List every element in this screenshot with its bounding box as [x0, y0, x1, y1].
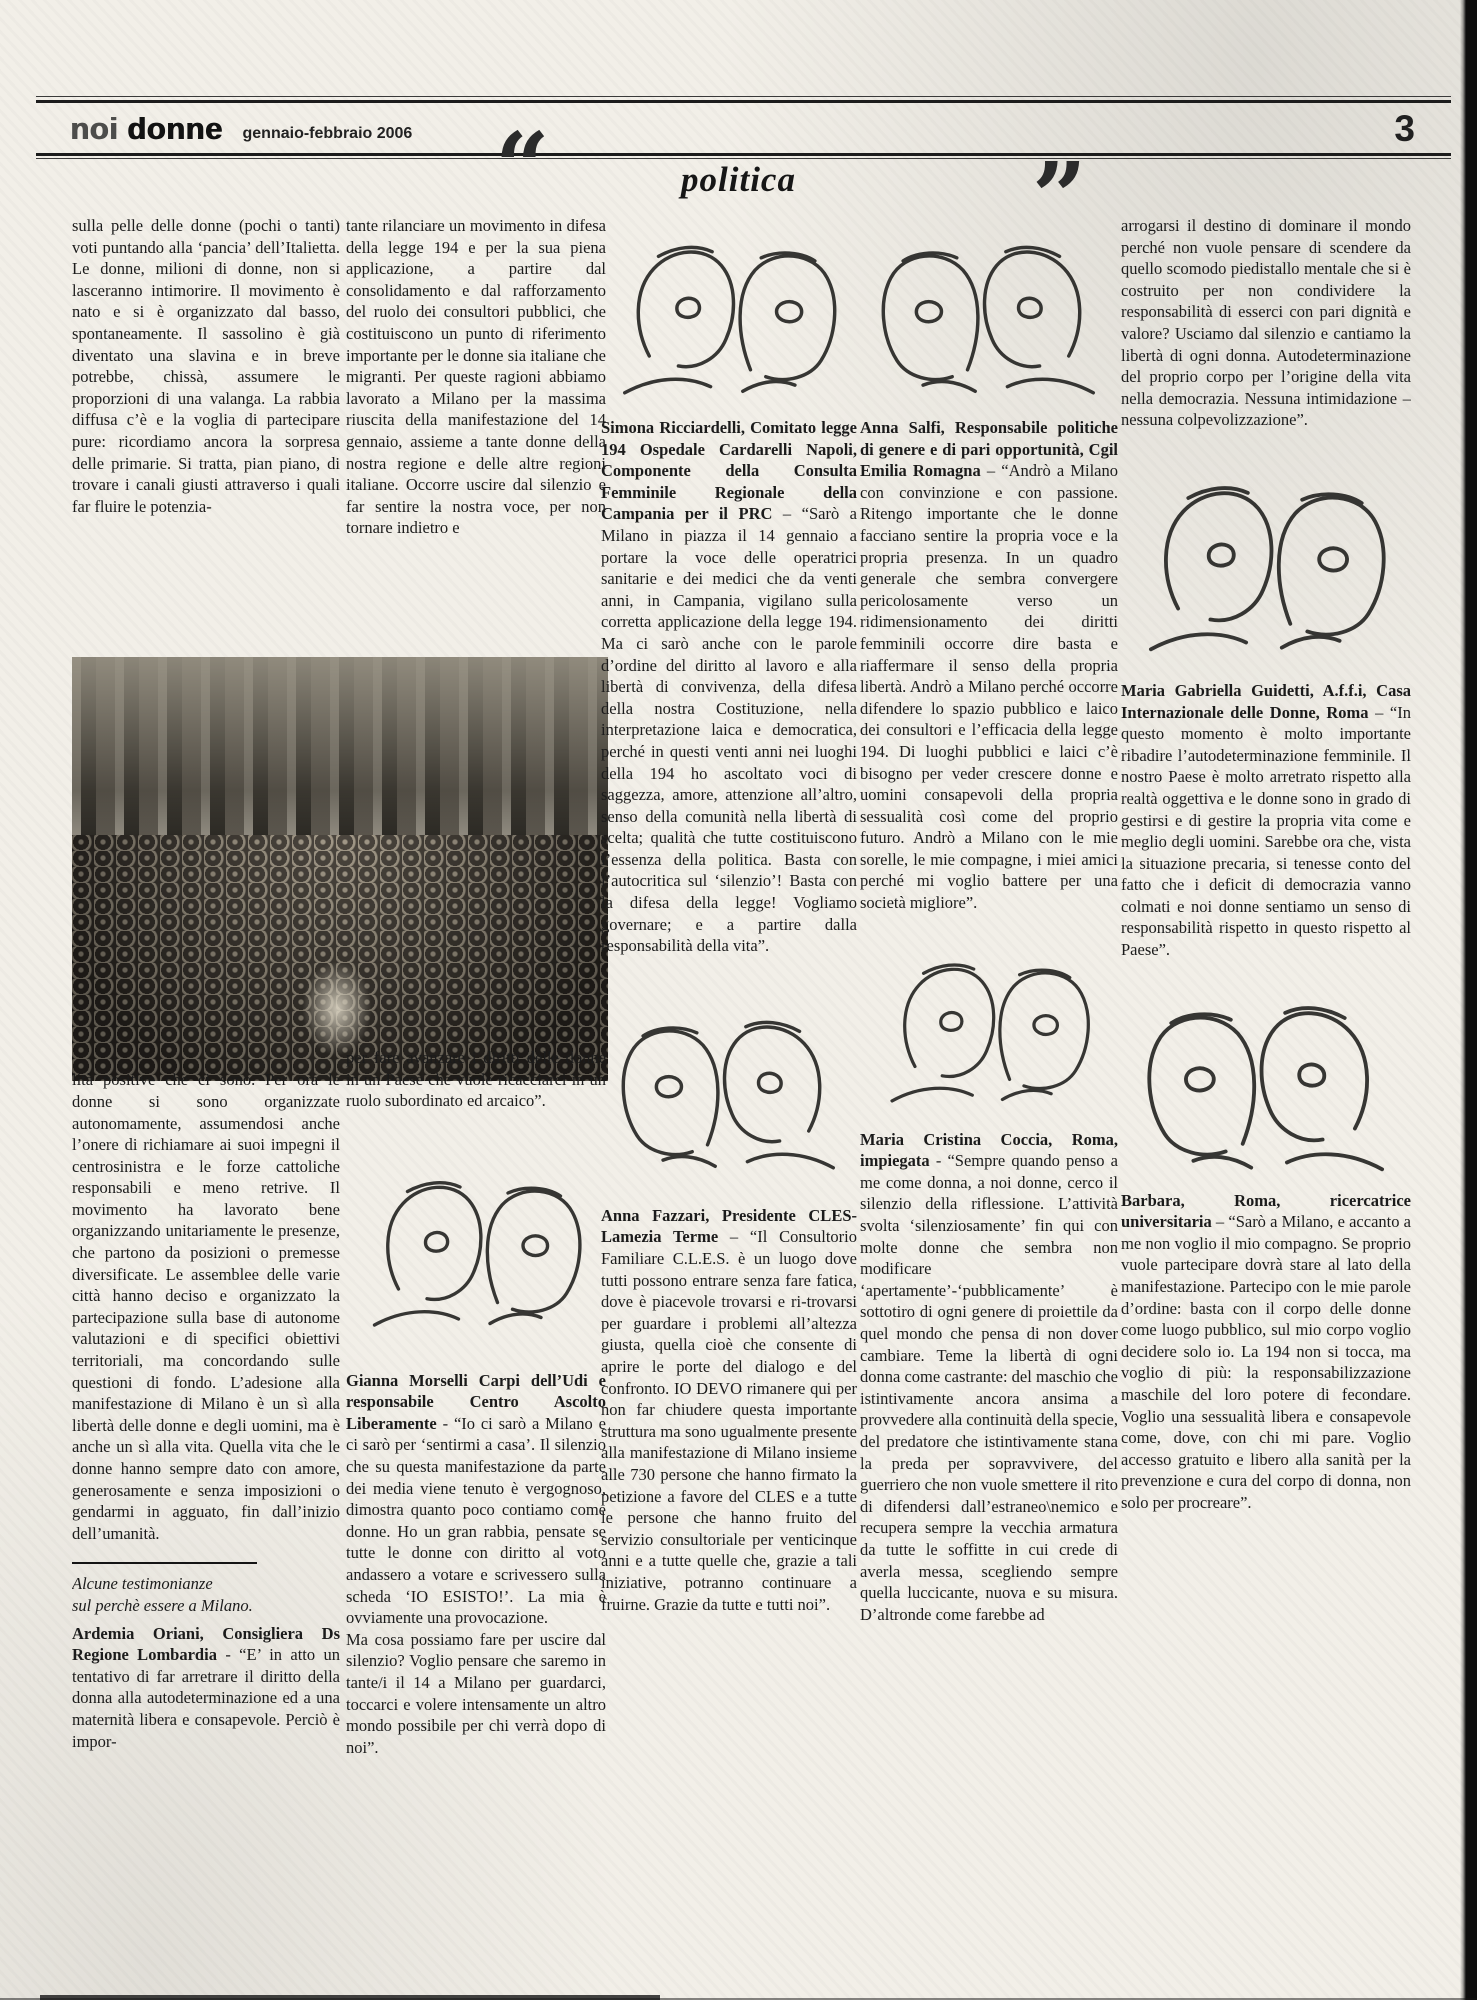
- testimonial-simona: Simona Ricciardelli, Comitato legge 194 …: [601, 417, 857, 957]
- testimonial-barbara: Barbara, Roma, ricercatrice universitari…: [1121, 1190, 1411, 1514]
- note-line: sul perchè essere a Milano.: [72, 1595, 340, 1617]
- photo-spacer: [72, 517, 340, 1069]
- testimonial-text: – “Andrò a Milano con convinzione e con …: [860, 461, 1118, 912]
- issue-date: gennaio-febbraio 2006: [243, 125, 413, 143]
- note-line: Alcune testimonianze: [72, 1573, 340, 1595]
- masthead: noidonne gennaio-febbraio 2006 3: [70, 106, 1437, 152]
- intro-paragraph: tante rilanciare un movimento in difesa …: [346, 215, 606, 539]
- sketch-faces-illustration: [882, 926, 1097, 1121]
- testimonial-salfi: Anna Salfi, Responsabile politiche di ge…: [860, 417, 1118, 914]
- testimonial-text: – “In questo momento è molto importante …: [1121, 703, 1411, 960]
- masthead-rule-top-thin: [36, 96, 1451, 97]
- column-1: sulla pelle delle donne (pochi o tanti) …: [72, 215, 340, 1990]
- masthead-rule-bottom-thin: [36, 158, 1451, 159]
- sketch-faces-illustration: [1139, 445, 1394, 670]
- column-3: Simona Ricciardelli, Comitato legge 194 …: [601, 215, 857, 1990]
- masthead-rule-bottom: [36, 153, 1451, 156]
- logo-donne: donne: [127, 111, 223, 146]
- testimonial-ardemia: Ardemia Oriani, Consigliera Ds Regione L…: [72, 1623, 340, 1753]
- testimonial-text: - “Io ci sarò a Milano e ci sarò per ‘se…: [346, 1414, 606, 1627]
- sketch-faces-illustration: [614, 971, 844, 1199]
- column-5: arrogarsi il destino di dominare il mond…: [1121, 215, 1411, 1990]
- testimonial-guidetti: Maria Gabriella Guidetti, A.f.f.i, Casa …: [1121, 680, 1411, 961]
- magazine-logo: noidonne: [70, 111, 223, 147]
- sketch-faces-illustration: [1139, 975, 1394, 1180]
- testimonial-fazzari: Anna Fazzari, Presidente CLES- Lamezia T…: [601, 1205, 857, 1615]
- page-number: 3: [1394, 108, 1415, 150]
- intro-paragraph: sulla pelle delle donne (pochi o tanti) …: [72, 215, 340, 517]
- testimonial-text: Ma cosa possiamo fare per uscire dal sil…: [346, 1630, 606, 1757]
- column-4: Anna Salfi, Responsabile politiche di ge…: [860, 215, 1118, 1990]
- testimonial-text: - “Sempre quando penso a me come donna, …: [860, 1151, 1118, 1623]
- testimonial-gianna: Gianna Morselli Carpi dell’Udi e respons…: [346, 1370, 606, 1759]
- testimonials-divider: [72, 1562, 257, 1564]
- masthead-rule-top: [36, 100, 1451, 103]
- testimonial-author: Maria Gabriella Guidetti, A.f.f.i, Casa …: [1121, 681, 1411, 722]
- testimonials-note: Alcune testimonianze sul perchè essere a…: [72, 1573, 340, 1616]
- intro-paragraph: lità positive che ci sono. Per ora le do…: [72, 1069, 340, 1544]
- column-2: tante rilanciare un movimento in difesa …: [346, 215, 606, 1990]
- testimonial-text: – “Sarò a Milano, e accanto a me non vog…: [1121, 1212, 1411, 1512]
- testimonial-text: – “Il Consultorio Familiare C.L.E.S. è u…: [601, 1227, 857, 1613]
- testimonial-coccia-continuation: arrogarsi il destino di dominare il mond…: [1121, 215, 1411, 431]
- intro-paragraph: per fare avanzare i diritti delle donne …: [346, 1047, 606, 1112]
- sketch-faces-illustration: [874, 215, 1104, 405]
- testimonial-text: – “Sarò a Milano in piazza il 14 gennaio…: [601, 504, 857, 955]
- section-title: politica: [0, 160, 1477, 200]
- sketch-faces-illustration: [364, 1128, 589, 1360]
- scan-edge-right: [1460, 0, 1477, 2000]
- photo-spacer: [346, 539, 606, 1047]
- testimonial-coccia: Maria Cristina Coccia, Roma, impiegata -…: [860, 1129, 1118, 1626]
- sketch-faces-illustration: [614, 215, 844, 405]
- newspaper-page: noidonne gennaio-febbraio 2006 3 “ polit…: [0, 0, 1477, 2000]
- logo-noi: noi: [70, 111, 118, 146]
